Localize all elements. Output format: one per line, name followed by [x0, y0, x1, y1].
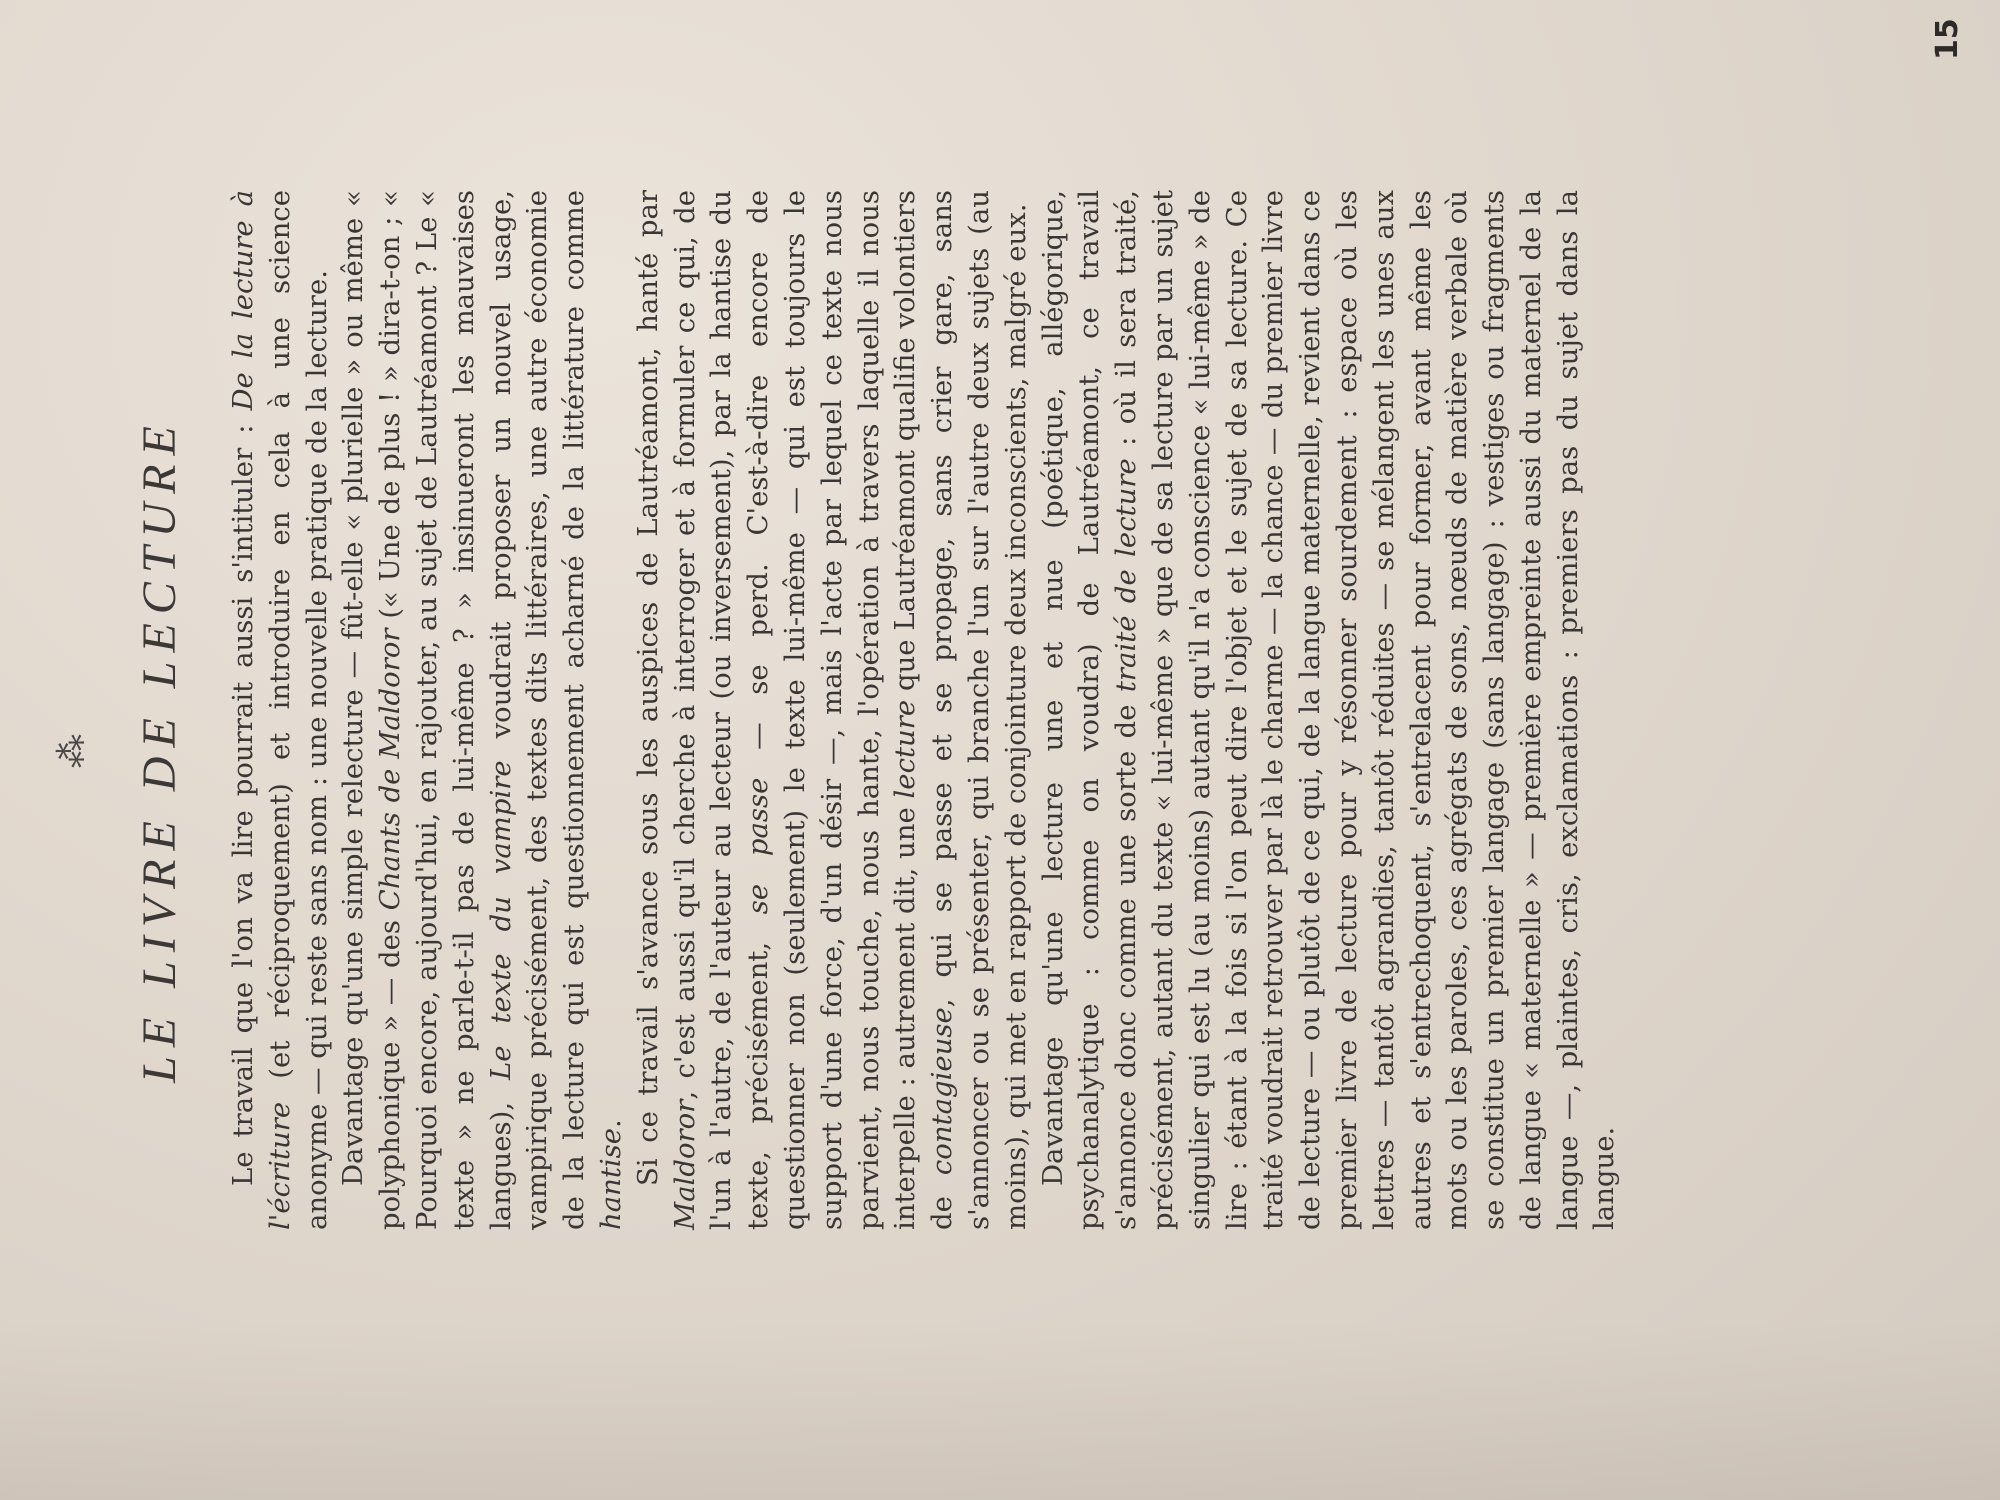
chapter-title: LE LIVRE DE LECTURE: [132, 0, 187, 1500]
paragraph: Si ce travail s'avance sous les auspices…: [630, 190, 1035, 1230]
paragraph: Le travail que l'on va lire pourrait aus…: [225, 190, 335, 1230]
body-text: Le travail que l'on va lire pourrait aus…: [225, 190, 1623, 1230]
ornament-asterism-icon: ⁂: [52, 0, 92, 1500]
text-run: Le travail que l'on va lire pourrait aus…: [227, 411, 259, 1186]
text-run: Si ce travail s'avance sous les auspices…: [632, 190, 664, 1186]
italic-text: Le texte du vampire: [485, 760, 517, 1080]
paragraph: Davantage qu'une simple relecture — fût-…: [335, 190, 629, 1230]
italic-text: Chants de Maldoror: [374, 628, 406, 910]
text-run: : où il sera traité, précisément, autant…: [1110, 190, 1620, 1230]
italic-text: contagieuse: [926, 1007, 958, 1175]
text-run: (et réciproquement) et introduire en cel…: [264, 190, 333, 1230]
italic-text: se passe: [742, 778, 774, 915]
italic-text: hantise: [595, 1128, 627, 1230]
italic-text: lecture: [889, 700, 921, 799]
book-page: ⁂ LE LIVRE DE LECTURE Le travail que l'o…: [0, 0, 2000, 1500]
page-shadow: [0, 1320, 2000, 1500]
text-run: .: [595, 1119, 627, 1128]
italic-text: Maldoror: [669, 1100, 701, 1230]
paragraph: Davantage qu'une lecture une et nue (poé…: [1035, 190, 1624, 1230]
page-number: 15: [1930, 18, 1965, 60]
photo-background: ⁂ LE LIVRE DE LECTURE Le travail que l'o…: [0, 0, 2000, 1500]
italic-text: traité de lecture: [1110, 458, 1142, 692]
